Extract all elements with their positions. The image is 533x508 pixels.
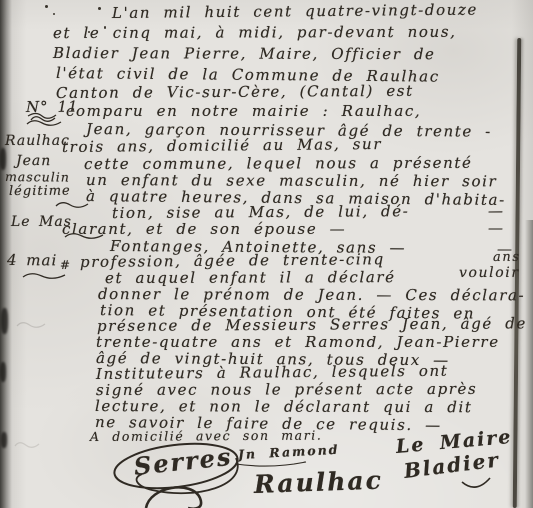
register-page-scan: N° 11RaulhacJeanmasculinlégitimeLe Mas4 … [0,0,533,508]
flourish-mark [14,440,40,450]
body-line: comparu en notre mairie : Raulhac, [66,102,421,120]
body-line: trente-quatre ans et Ramond, Jean-Pierre [96,333,500,351]
margin-note: 4 mai [7,251,57,269]
signature: Jn Ramond [238,442,340,462]
margin-note: # [60,258,71,272]
page-edge-shadow [525,220,533,508]
ink-speck [98,7,101,10]
body-line: et le cinq mai, à midi, par-devant nous, [53,23,457,42]
body-line: Canton de Vic-sur-Cère, (Cantal) est [56,82,414,102]
body-line: signé avec nous le présent acte après [96,380,477,399]
binding-stain [1,432,7,448]
flourish-mark [55,200,89,210]
body-line: L'an mil huit cent quatre-vingt-douze [112,1,478,22]
signature: Serres [132,442,233,481]
body-line: Bladier Jean Pierre, Maire, Officier de [53,44,436,63]
flourish-mark [16,320,46,330]
body-line: cette commune, lequel nous a présenté [84,154,473,173]
cutoff-signature-curve [146,487,201,508]
interline-addendum: vouloir [459,265,520,281]
bladier-signature-flourish [462,478,490,487]
margin-note: Raulhac [5,133,70,149]
body-line: trois ans, domicilié au Mas, sur [62,135,382,156]
flourish-mark [30,114,56,124]
body-line: clarant, et de son épouse — [62,220,346,238]
ink-speck [53,13,55,15]
body-line: et auquel enfant il a déclaré [105,268,396,287]
binding-stain [1,308,8,334]
margin-note: masculin [5,169,70,185]
ink-speck [45,5,48,8]
margin-note: Jean [16,153,51,169]
ramond-signature-underline [236,462,306,466]
filler-dash: — [488,202,505,220]
flourish-mark [22,271,66,281]
filler-dash: — [488,219,505,237]
binding-stain [0,362,6,382]
body-line: A domicilié avec son mari. [90,428,323,444]
binding-stain [0,148,6,170]
flourish-mark [64,231,104,241]
body-line: présence de Messieurs Serres Jean, âgé d… [97,314,527,335]
margin-note: légitime [9,184,71,199]
filler-dash: — [497,240,514,258]
signature: Raulhac [253,466,383,499]
